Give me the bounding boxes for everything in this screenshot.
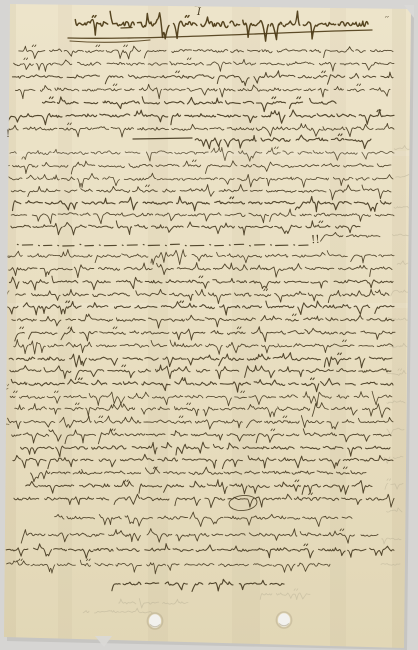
margin-exclamation-mark: ! (6, 129, 10, 140)
paper-edge-right (392, 0, 406, 650)
corner-gershayim-mark: ״ (384, 14, 390, 24)
crease-band (0, 151, 418, 156)
punch-hole (149, 614, 161, 628)
punch-hole (278, 613, 290, 627)
paper-streak (232, 0, 260, 650)
document-scan: I ״ !! ! (0, 0, 418, 650)
paper-streak (58, 0, 72, 650)
divider-exclamation-mark: !! (311, 233, 321, 247)
scan-canvas: I ״ !! ! (0, 0, 418, 650)
title-dash (121, 28, 132, 29)
paper-sheet (0, 0, 418, 650)
